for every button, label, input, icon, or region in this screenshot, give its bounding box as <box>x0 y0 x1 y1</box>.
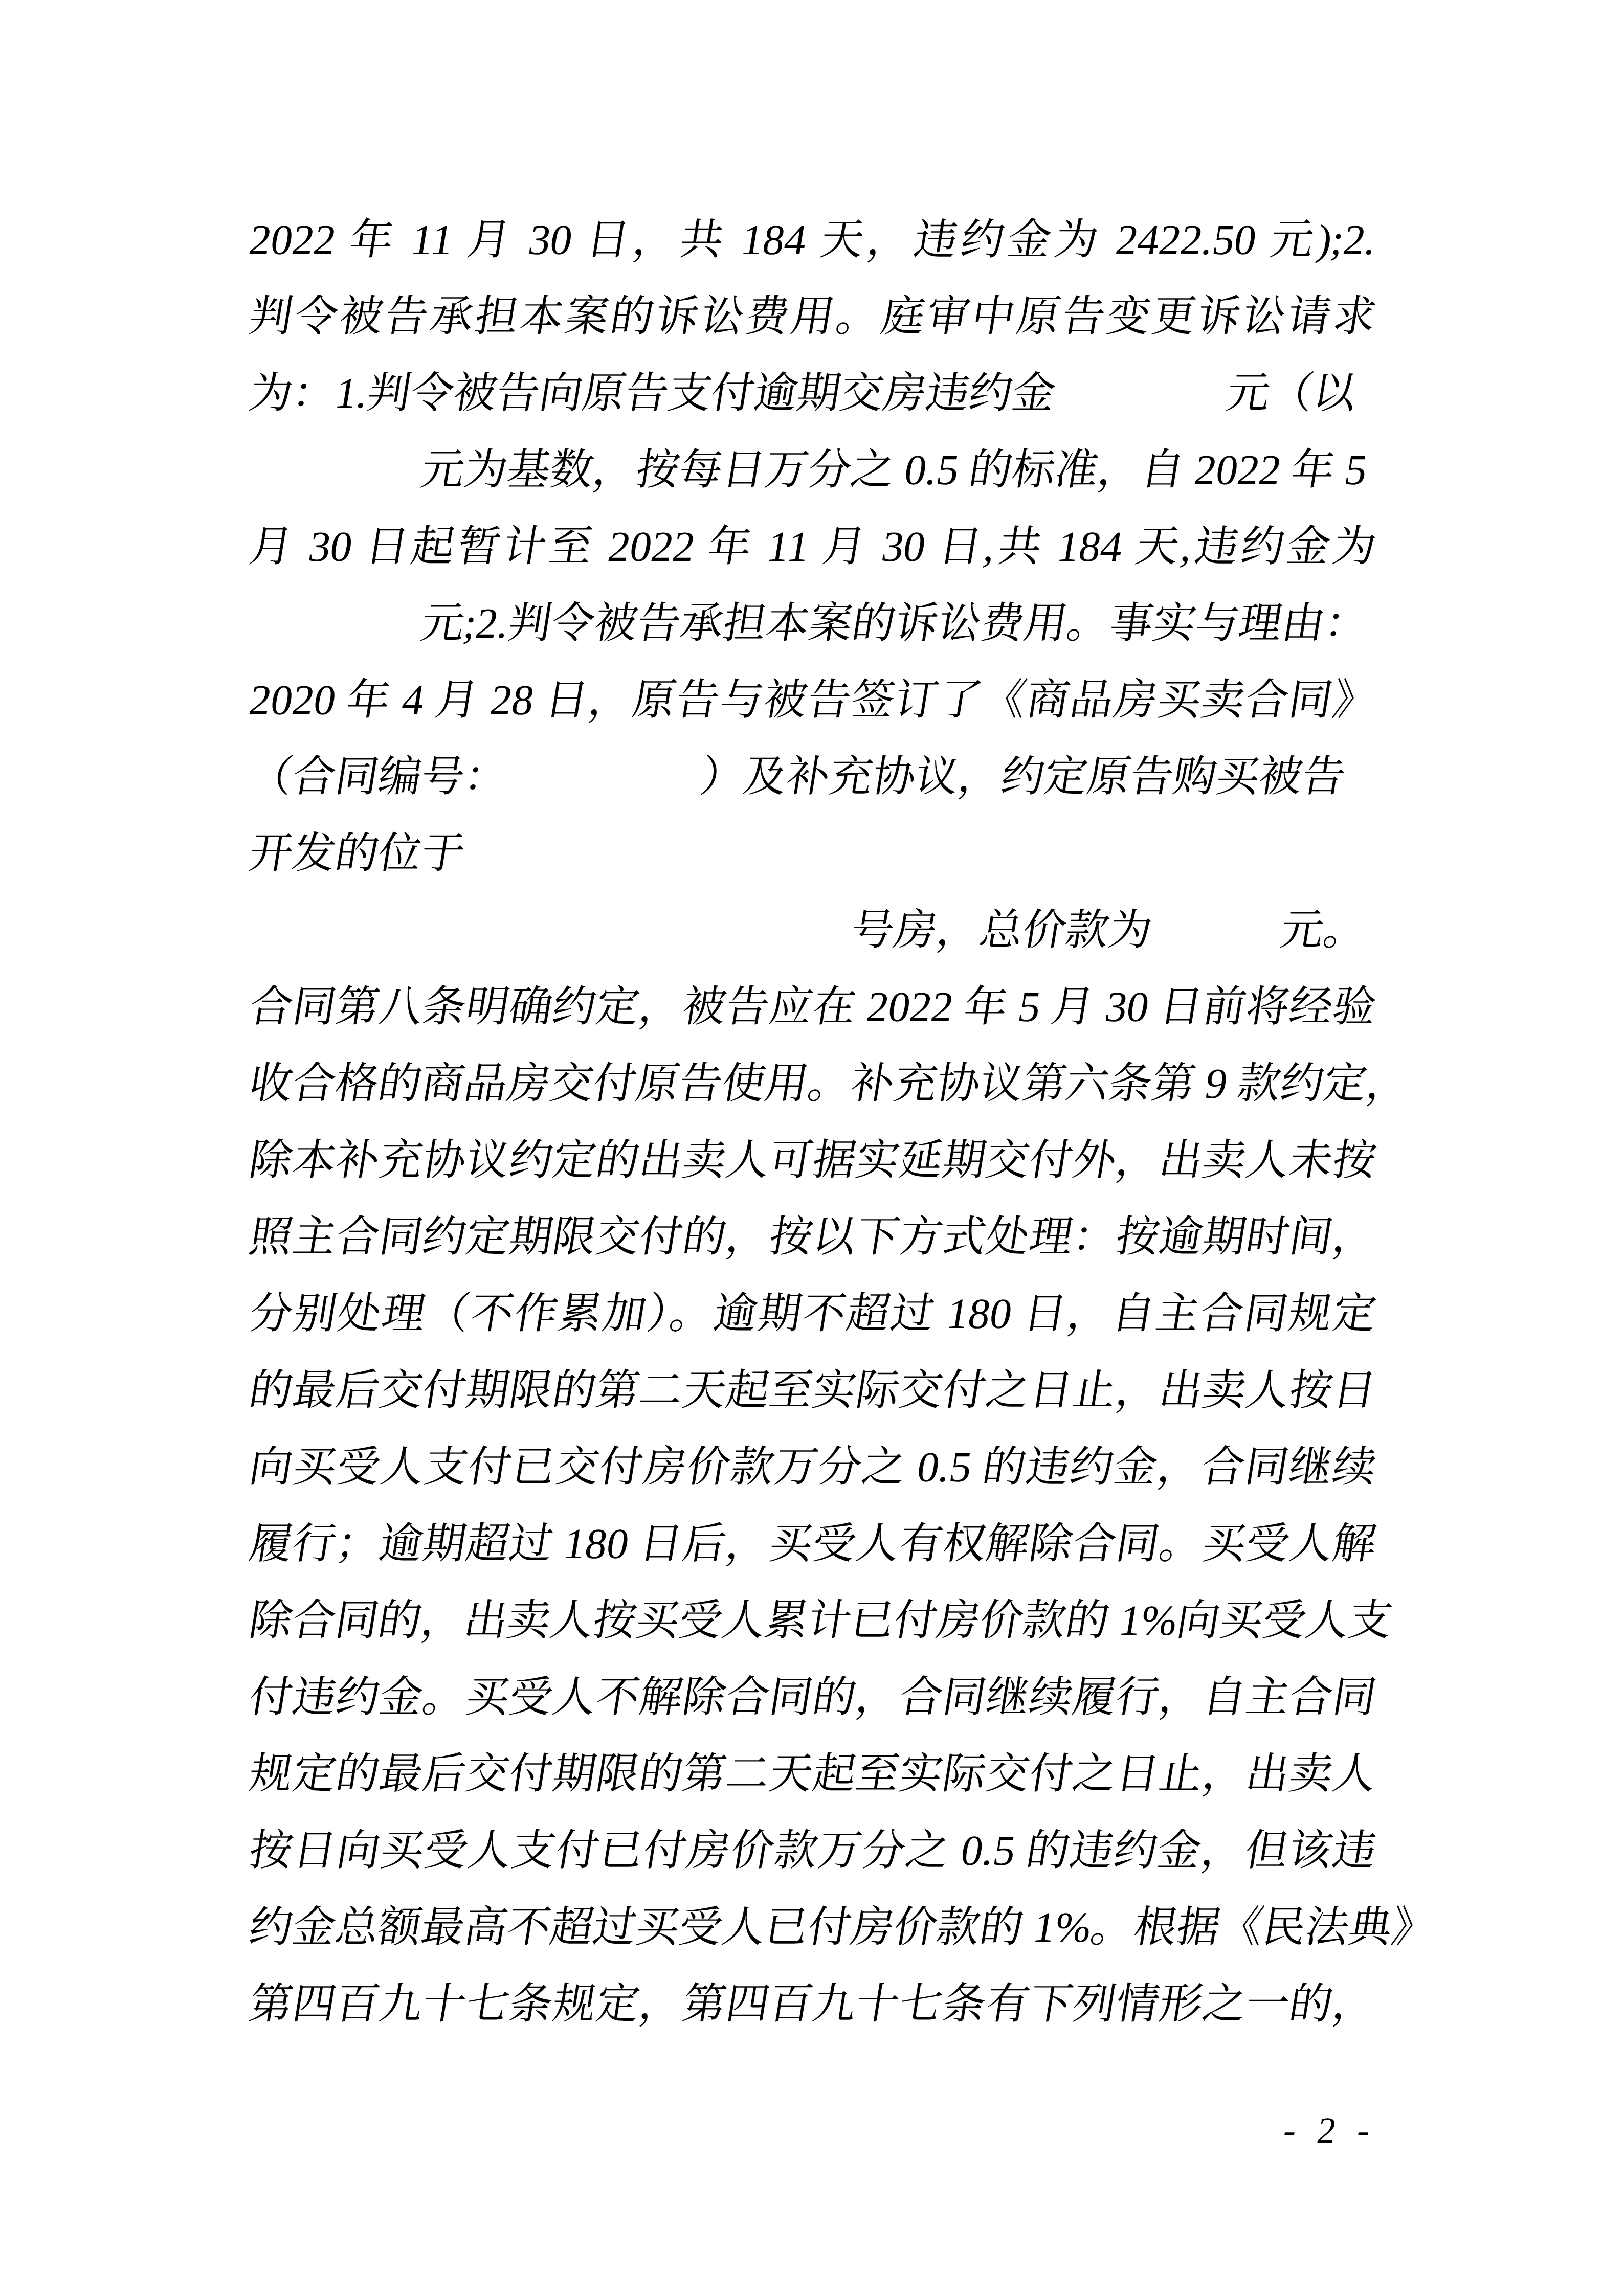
page-number: - 2 - <box>246 2106 1380 2155</box>
text-line: 为：1.判令被告向原告支付逾期交房违约金 元（以 <box>243 355 1382 432</box>
text-line: 判令被告承担本案的诉讼费用。庭审中原告变更诉讼请求 <box>243 279 1382 355</box>
text-line: 合同第八条明确约定，被告应在 2022 年 5 月 30 日前将经验 <box>243 969 1382 1046</box>
text-line: 除本补充协议约定的出卖人可据实延期交付外，出卖人未按 <box>243 1122 1382 1199</box>
text-line: 2020 年 4 月 28 日，原告与被告签订了《商品房买卖合同》 <box>243 662 1382 739</box>
text-line: 号房，总价款为 元。 <box>243 892 1382 969</box>
text-line: （合同编号： ）及补充协议，约定原告购买被告 <box>243 739 1382 816</box>
document-body-text: 2022 年 11 月 30 日，共 184 天，违约金为 2422.50 元)… <box>250 202 1376 2043</box>
document-page: 2022 年 11 月 30 日，共 184 天，违约金为 2422.50 元)… <box>0 0 1624 2296</box>
text-line: 履行；逾期超过 180 日后，买受人有权解除合同。买受人解 <box>243 1506 1382 1583</box>
text-line: 月 30 日起暂计至 2022 年 11 月 30 日,共 184 天,违约金为 <box>243 509 1382 586</box>
text-line: 照主合同约定期限交付的，按以下方式处理：按逾期时间， <box>243 1199 1382 1276</box>
text-line: 收合格的商品房交付原告使用。补充协议第六条第 9 款约定， <box>243 1046 1382 1122</box>
text-line: 付违约金。买受人不解除合同的，合同继续履行，自主合同 <box>243 1659 1382 1736</box>
text-line: 除合同的，出卖人按买受人累计已付房价款的 1%向买受人支 <box>243 1583 1382 1659</box>
text-line: 第四百九十七条规定，第四百九十七条有下列情形之一的， <box>243 1966 1382 2043</box>
text-line: 2022 年 11 月 30 日，共 184 天，违约金为 2422.50 元)… <box>243 202 1382 279</box>
text-line: 约金总额最高不超过买受人已付房价款的 1%。根据《民法典》 <box>243 1889 1382 1966</box>
text-line: 向买受人支付已交付房价款万分之 0.5 的违约金，合同继续 <box>243 1429 1382 1506</box>
text-line: 开发的位于 <box>243 816 1382 892</box>
text-line: 的最后交付期限的第二天起至实际交付之日止，出卖人按日 <box>243 1353 1382 1429</box>
text-line: 分别处理（不作累加）。逾期不超过 180 日，自主合同规定 <box>243 1276 1382 1353</box>
text-line: 按日向买受人支付已付房价款万分之 0.5 的违约金，但该违 <box>243 1813 1382 1889</box>
text-line: 元;2.判令被告承担本案的诉讼费用。事实与理由： <box>243 586 1382 662</box>
text-line: 规定的最后交付期限的第二天起至实际交付之日止，出卖人 <box>243 1736 1382 1813</box>
text-line: 元为基数，按每日万分之 0.5 的标准，自 2022 年 5 <box>243 432 1382 509</box>
